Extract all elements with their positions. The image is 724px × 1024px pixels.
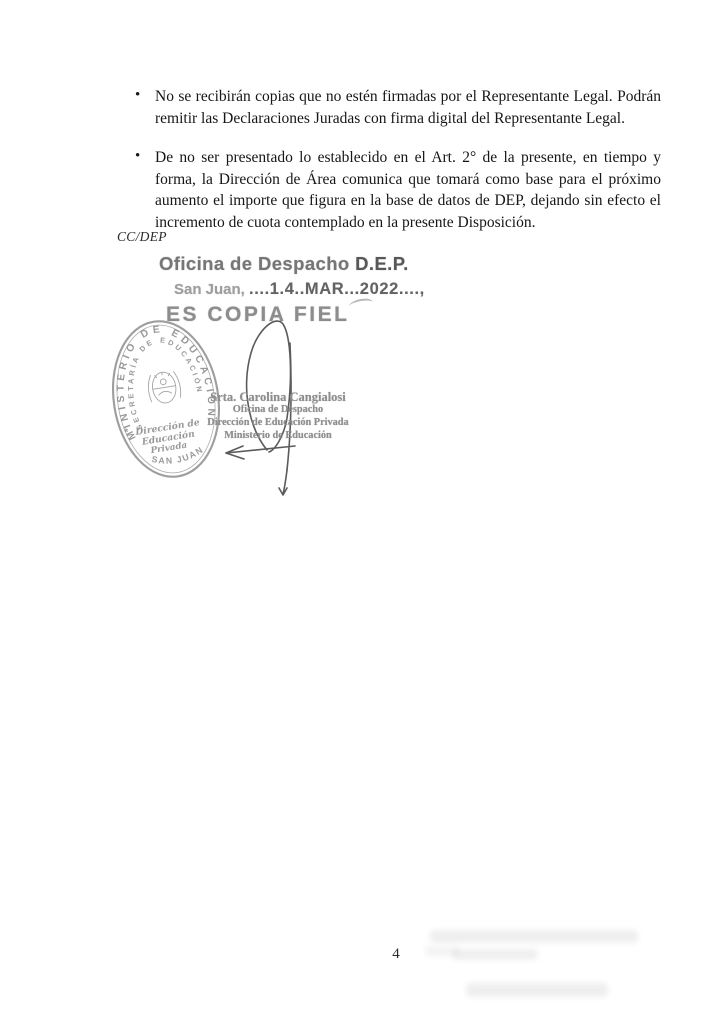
stamp-date: ....1.4..MAR...2022...., xyxy=(249,280,425,298)
bullet-paragraph: • De no ser presentado lo establecido en… xyxy=(133,147,661,233)
bullet-icon: • xyxy=(135,85,140,107)
bullet-icon: • xyxy=(135,146,140,168)
bullet-paragraph: • No se recibirán copias que no estén fi… xyxy=(133,86,661,129)
stamp-pen-dash xyxy=(348,298,373,311)
stamp-date-line: San Juan, ....1.4..MAR...2022...., xyxy=(174,280,425,299)
stamp-office-abbr: D.E.P. xyxy=(355,253,408,274)
bleed-through-smudge xyxy=(466,983,608,997)
bullet-text: De no ser presentado lo establecido en e… xyxy=(155,149,661,231)
signature-block: Srta. Carolina Cangialosi Oficina de Des… xyxy=(202,390,354,442)
bleed-through-smudge xyxy=(430,930,638,943)
document-body: • No se recibirán copias que no estén fi… xyxy=(133,86,661,234)
stamp-office-line: Oficina de Despacho D.E.P. xyxy=(159,253,409,275)
coat-of-arms-icon xyxy=(146,370,182,406)
signer-office: Oficina de Despacho xyxy=(202,404,354,417)
bleed-through-smudge xyxy=(425,946,459,956)
cc-note: CC/DEP xyxy=(117,229,167,245)
stamp-place: San Juan, xyxy=(174,281,249,298)
signer-name: Srta. Carolina Cangialosi xyxy=(202,390,354,404)
document-page: • No se recibirán copias que no estén fi… xyxy=(0,0,724,1024)
bleed-through-smudge xyxy=(452,949,538,960)
page-number: 4 xyxy=(386,946,406,963)
signer-direction: Dirección de Educación Privada xyxy=(202,417,354,430)
signer-ministry: Ministerio de Educación xyxy=(202,430,354,443)
stamp-office-prefix: Oficina de Despacho xyxy=(159,253,355,274)
bullet-text: No se recibirán copias que no estén firm… xyxy=(155,88,661,127)
